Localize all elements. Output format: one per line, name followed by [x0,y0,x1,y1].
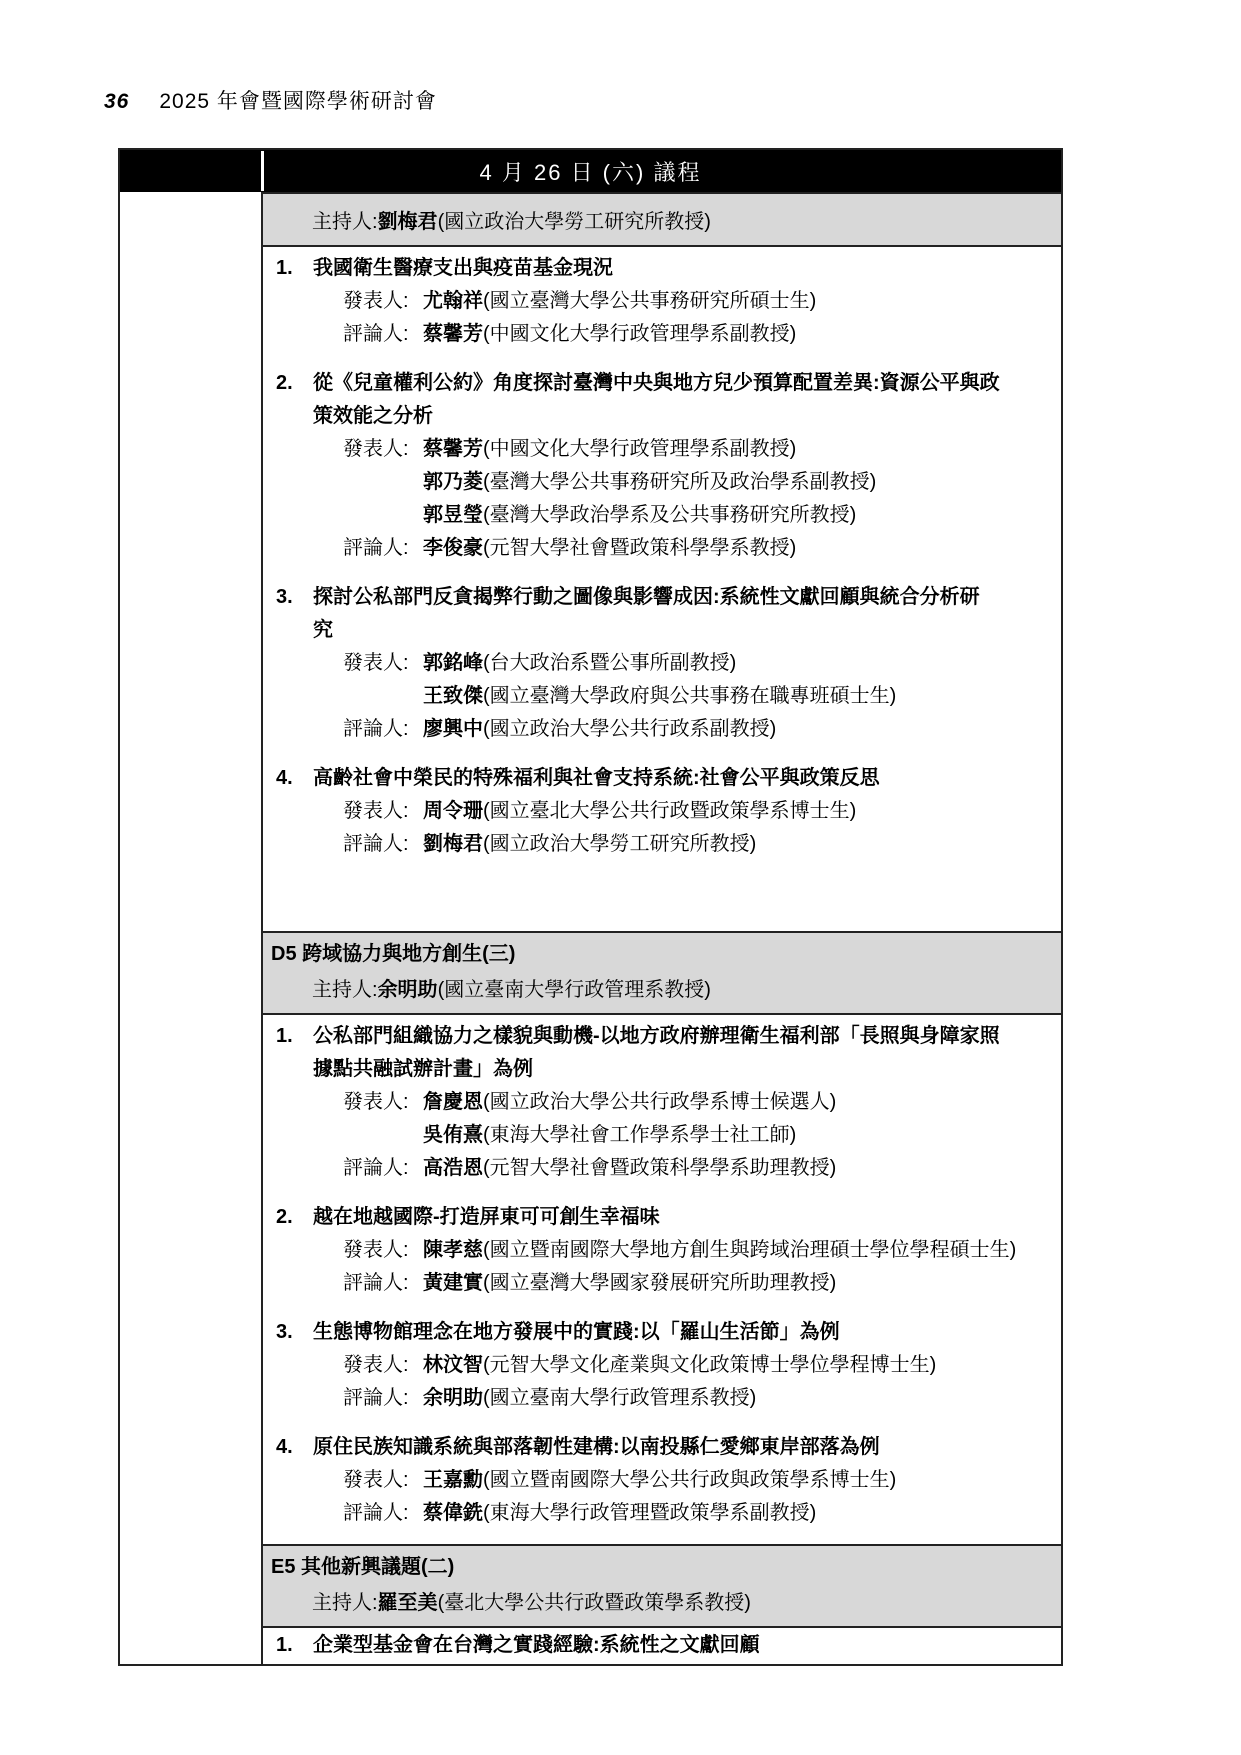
presenter-line: 發表人:尤翰祥(國立臺灣大學公共事務研究所碩士生) [263,285,1061,318]
person-affiliation: (中國文化大學行政管理學系副教授) [483,323,796,345]
item-title-text: 探討公私部門反貪揭弊行動之圖像與影響成因:系統性文獻回顧與統合分析研 [313,586,980,608]
person-affiliation: (臺灣大學政治學系及公共事務研究所教授) [483,504,856,526]
presenter-line: 發表人:林汶智(元智大學文化產業與文化政策博士學位學程博士生) [263,1349,1061,1382]
person-affiliation: (國立暨南國際大學公共行政與政策學系博士生) [483,1469,896,1491]
spacer [263,565,1061,581]
header-column-divider [261,151,264,191]
person-role-label: 發表人: [343,647,423,680]
presenter-line: 發表人:蔡馨芳(中國文化大學行政管理學系副教授) [263,433,1061,466]
person-name: 余明助 [423,1387,483,1409]
person-name: 郭昱瑩 [423,504,483,526]
person-role-label: 發表人: [343,433,423,466]
discussant-line: 評論人:黃建實(國立臺灣大學國家發展研究所助理教授) [263,1267,1061,1300]
item-number: 3. [276,581,293,614]
presenter-line: 郭乃菱(臺灣大學公共事務研究所及政治學系副教授) [263,466,1061,499]
person-affiliation: (元智大學文化產業與文化政策博士學位學程博士生) [483,1354,936,1376]
session-header-d5: D5 跨域協力與地方創生(三) 主持人:余明助(國立臺南大學行政管理系教授) [263,931,1061,1013]
person-role-label: 發表人: [343,795,423,828]
person-role-label: 評論人: [343,532,423,565]
person-affiliation: (國立政治大學公共行政學系博士候選人) [483,1091,836,1113]
spacer [263,746,1061,762]
session-d5-items: 1. 公私部門組織協力之樣貌與動機-以地方政府辦理衛生福利部「長照與身障家照 據… [263,1013,1061,1544]
person-name: 蔡偉銑 [423,1502,483,1524]
person-affiliation: (東海大學社會工作學系學士社工師) [483,1124,796,1146]
discussant-line: 評論人:高浩恩(元智大學社會暨政策科學學系助理教授) [263,1152,1061,1185]
moderator-row-e5: 主持人:羅至美(臺北大學公共行政暨政策學系教授) [263,1585,1061,1621]
moderator-label: 主持人: [312,979,378,1001]
person-role-label: 評論人: [343,318,423,351]
person-role-label: 發表人: [343,1464,423,1497]
moderator-name: 余明助 [378,979,438,1001]
person-role-label: 評論人: [343,828,423,861]
item-title-text: 原住民族知識系統與部落韌性建構:以南投縣仁愛鄉東岸部落為例 [313,1436,880,1458]
person-affiliation: (中國文化大學行政管理學系副教授) [483,438,796,460]
person-affiliation: (元智大學社會暨政策科學學系助理教授) [483,1157,836,1179]
item-number: 2. [276,367,293,400]
session-title: D5 跨域協力與地方創生(三) [263,936,1061,972]
person-affiliation: (國立臺北大學公共行政暨政策學系博士生) [483,800,856,822]
moderator-label: 主持人: [312,205,378,234]
person-name: 黃建實 [423,1272,483,1294]
presenter-line: 發表人:周令珊(國立臺北大學公共行政暨政策學系博士生) [263,795,1061,828]
item-title: 4. 高齡社會中榮民的特殊福利與社會支持系統:社會公平與政策反思 [263,762,1061,795]
person-name: 林汶智 [423,1354,483,1376]
moderator-row-d5: 主持人:余明助(國立臺南大學行政管理系教授) [263,972,1061,1008]
session-title: E5 其他新興議題(二) [263,1549,1061,1585]
presenter-line: 發表人:王嘉勳(國立暨南國際大學公共行政與政策學系博士生) [263,1464,1061,1497]
item-title: 1. 公私部門組織協力之樣貌與動機-以地方政府辦理衛生福利部「長照與身障家照 [263,1020,1061,1053]
page-header: 36 2025 年會暨國際學術研討會 [104,85,437,115]
person-role-label: 評論人: [343,713,423,746]
person-name: 周令珊 [423,800,483,822]
spacer [263,351,1061,367]
item-title-text: 越在地越國際-打造屏東可可創生幸福味 [313,1206,660,1228]
discussant-line: 評論人:蔡馨芳(中國文化大學行政管理學系副教授) [263,318,1061,351]
person-name: 高浩恩 [423,1157,483,1179]
person-role-label: 評論人: [343,1152,423,1185]
discussant-line: 評論人:余明助(國立臺南大學行政管理系教授) [263,1382,1061,1415]
presenter-line: 發表人:詹慶恩(國立政治大學公共行政學系博士候選人) [263,1086,1061,1119]
agenda-table: 4 月 26 日 (六) 議程 主持人:劉梅君(國立政治大學勞工研究所教授) 1… [118,148,1063,1666]
moderator-affiliation: (國立政治大學勞工研究所教授) [438,205,711,234]
person-affiliation: (東海大學行政管理暨政策學系副教授) [483,1502,816,1524]
date-header-row: 4 月 26 日 (六) 議程 [120,150,1061,192]
item-number: 4. [276,762,293,795]
item-title-continuation: 究 [263,614,1061,647]
person-affiliation: (元智大學社會暨政策科學學系教授) [483,537,796,559]
person-name: 詹慶恩 [423,1091,483,1113]
item-title: 2. 越在地越國際-打造屏東可可創生幸福味 [263,1201,1061,1234]
person-role-label: 評論人: [343,1267,423,1300]
spacer [263,1300,1061,1316]
person-name: 李俊豪 [423,537,483,559]
agenda-rows: 主持人:劉梅君(國立政治大學勞工研究所教授) 1. 我國衛生醫療支出與疫苗基金現… [261,192,1061,1664]
item-title-text: 從《兒童權利公約》角度探討臺灣中央與地方兒少預算配置差異:資源公平與政 [313,372,1000,394]
item-number: 4. [276,1431,293,1464]
session-header-e5: E5 其他新興議題(二) 主持人:羅至美(臺北大學公共行政暨政策學系教授) [263,1544,1061,1626]
item-title-text: 生態博物館理念在地方發展中的實踐:以「羅山生活節」為例 [313,1321,840,1343]
page-title: 2025 年會暨國際學術研討會 [159,85,437,115]
discussant-line: 評論人:李俊豪(元智大學社會暨政策科學學系教授) [263,532,1061,565]
discussant-line: 評論人:蔡偉銑(東海大學行政管理暨政策學系副教授) [263,1497,1061,1530]
moderator-affiliation: (國立臺南大學行政管理系教授) [438,979,711,1001]
item-number: 2. [276,1201,293,1234]
person-affiliation: (國立暨南國際大學地方創生與跨域治理碩士學位學程碩士生) [483,1239,1016,1261]
presenter-line: 發表人:陳孝慈(國立暨南國際大學地方創生與跨域治理碩士學位學程碩士生) [263,1234,1061,1267]
discussant-line: 評論人:劉梅君(國立政治大學勞工研究所教授) [263,828,1061,861]
person-name: 廖興中 [423,718,483,740]
item-title: 1. 企業型基金會在台灣之實踐經驗:系統性之文獻回顧 [263,1629,1061,1662]
spacer [263,1415,1061,1431]
item-title-text: 企業型基金會在台灣之實踐經驗:系統性之文獻回顧 [313,1634,760,1656]
discussant-line: 評論人:廖興中(國立政治大學公共行政系副教授) [263,713,1061,746]
document-page: 36 2025 年會暨國際學術研討會 4 月 26 日 (六) 議程 主持人:劉… [0,0,1241,1755]
session-d4-items: 1. 我國衛生醫療支出與疫苗基金現況 發表人:尤翰祥(國立臺灣大學公共事務研究所… [263,245,1061,931]
person-name: 蔡馨芳 [423,323,483,345]
person-affiliation: (臺灣大學公共事務研究所及政治學系副教授) [483,471,876,493]
person-role-label: 評論人: [343,1497,423,1530]
item-title: 3. 生態博物館理念在地方發展中的實踐:以「羅山生活節」為例 [263,1316,1061,1349]
spacer [263,1185,1061,1201]
person-name: 劉梅君 [423,833,483,855]
person-affiliation: (台大政治系暨公事所副教授) [483,652,736,674]
moderator-affiliation: (臺北大學公共行政暨政策學系教授) [438,1592,751,1614]
moderator-name: 羅至美 [378,1592,438,1614]
item-number: 1. [276,1629,293,1662]
date-header-text: 4 月 26 日 (六) 議程 [480,156,702,187]
presenter-line: 王致傑(國立臺灣大學政府與公共事務在職專班碩士生) [263,680,1061,713]
person-role-label: 發表人: [343,285,423,318]
person-affiliation: (國立臺南大學行政管理系教授) [483,1387,756,1409]
person-role-label: 發表人: [343,1234,423,1267]
time-column-cell [120,192,261,1664]
moderator-name: 劉梅君 [378,205,438,234]
item-title-text: 我國衛生醫療支出與疫苗基金現況 [313,257,613,279]
item-number: 1. [276,1020,293,1053]
person-name: 陳孝慈 [423,1239,483,1261]
person-affiliation: (國立政治大學公共行政系副教授) [483,718,776,740]
presenter-line: 吳侑熹(東海大學社會工作學系學士社工師) [263,1119,1061,1152]
person-name: 郭銘峰 [423,652,483,674]
person-affiliation: (國立臺灣大學公共事務研究所碩士生) [483,290,816,312]
page-number: 36 [104,90,129,114]
item-title: 2. 從《兒童權利公約》角度探討臺灣中央與地方兒少預算配置差異:資源公平與政 [263,367,1061,400]
session-e5-items: 1. 企業型基金會在台灣之實踐經驗:系統性之文獻回顧 [263,1626,1061,1664]
moderator-label: 主持人: [312,1592,378,1614]
item-number: 1. [276,252,293,285]
item-title: 4. 原住民族知識系統與部落韌性建構:以南投縣仁愛鄉東岸部落為例 [263,1431,1061,1464]
person-name: 王嘉勳 [423,1469,483,1491]
person-affiliation: (國立臺灣大學政府與公共事務在職專班碩士生) [483,685,896,707]
person-name: 尤翰祥 [423,290,483,312]
item-title-text: 公私部門組織協力之樣貌與動機-以地方政府辦理衛生福利部「長照與身障家照 [313,1025,1000,1047]
item-title-continuation: 據點共融試辦計畫」為例 [263,1053,1061,1086]
item-title-continuation: 策效能之分析 [263,400,1061,433]
moderator-row-d4: 主持人:劉梅君(國立政治大學勞工研究所教授) [263,192,1061,245]
person-affiliation: (國立政治大學勞工研究所教授) [483,833,756,855]
presenter-line: 發表人:郭銘峰(台大政治系暨公事所副教授) [263,647,1061,680]
person-role-label: 發表人: [343,1086,423,1119]
person-name: 吳侑熹 [423,1124,483,1146]
item-title: 3. 探討公私部門反貪揭弊行動之圖像與影響成因:系統性文獻回顧與統合分析研 [263,581,1061,614]
item-title: 1. 我國衛生醫療支出與疫苗基金現況 [263,252,1061,285]
person-name: 王致傑 [423,685,483,707]
presenter-line: 郭昱瑩(臺灣大學政治學系及公共事務研究所教授) [263,499,1061,532]
person-role-label: 評論人: [343,1382,423,1415]
person-name: 蔡馨芳 [423,438,483,460]
person-name: 郭乃菱 [423,471,483,493]
person-affiliation: (國立臺灣大學國家發展研究所助理教授) [483,1272,836,1294]
person-role-label: 發表人: [343,1349,423,1382]
item-title-text: 高齡社會中榮民的特殊福利與社會支持系統:社會公平與政策反思 [313,767,880,789]
item-number: 3. [276,1316,293,1349]
